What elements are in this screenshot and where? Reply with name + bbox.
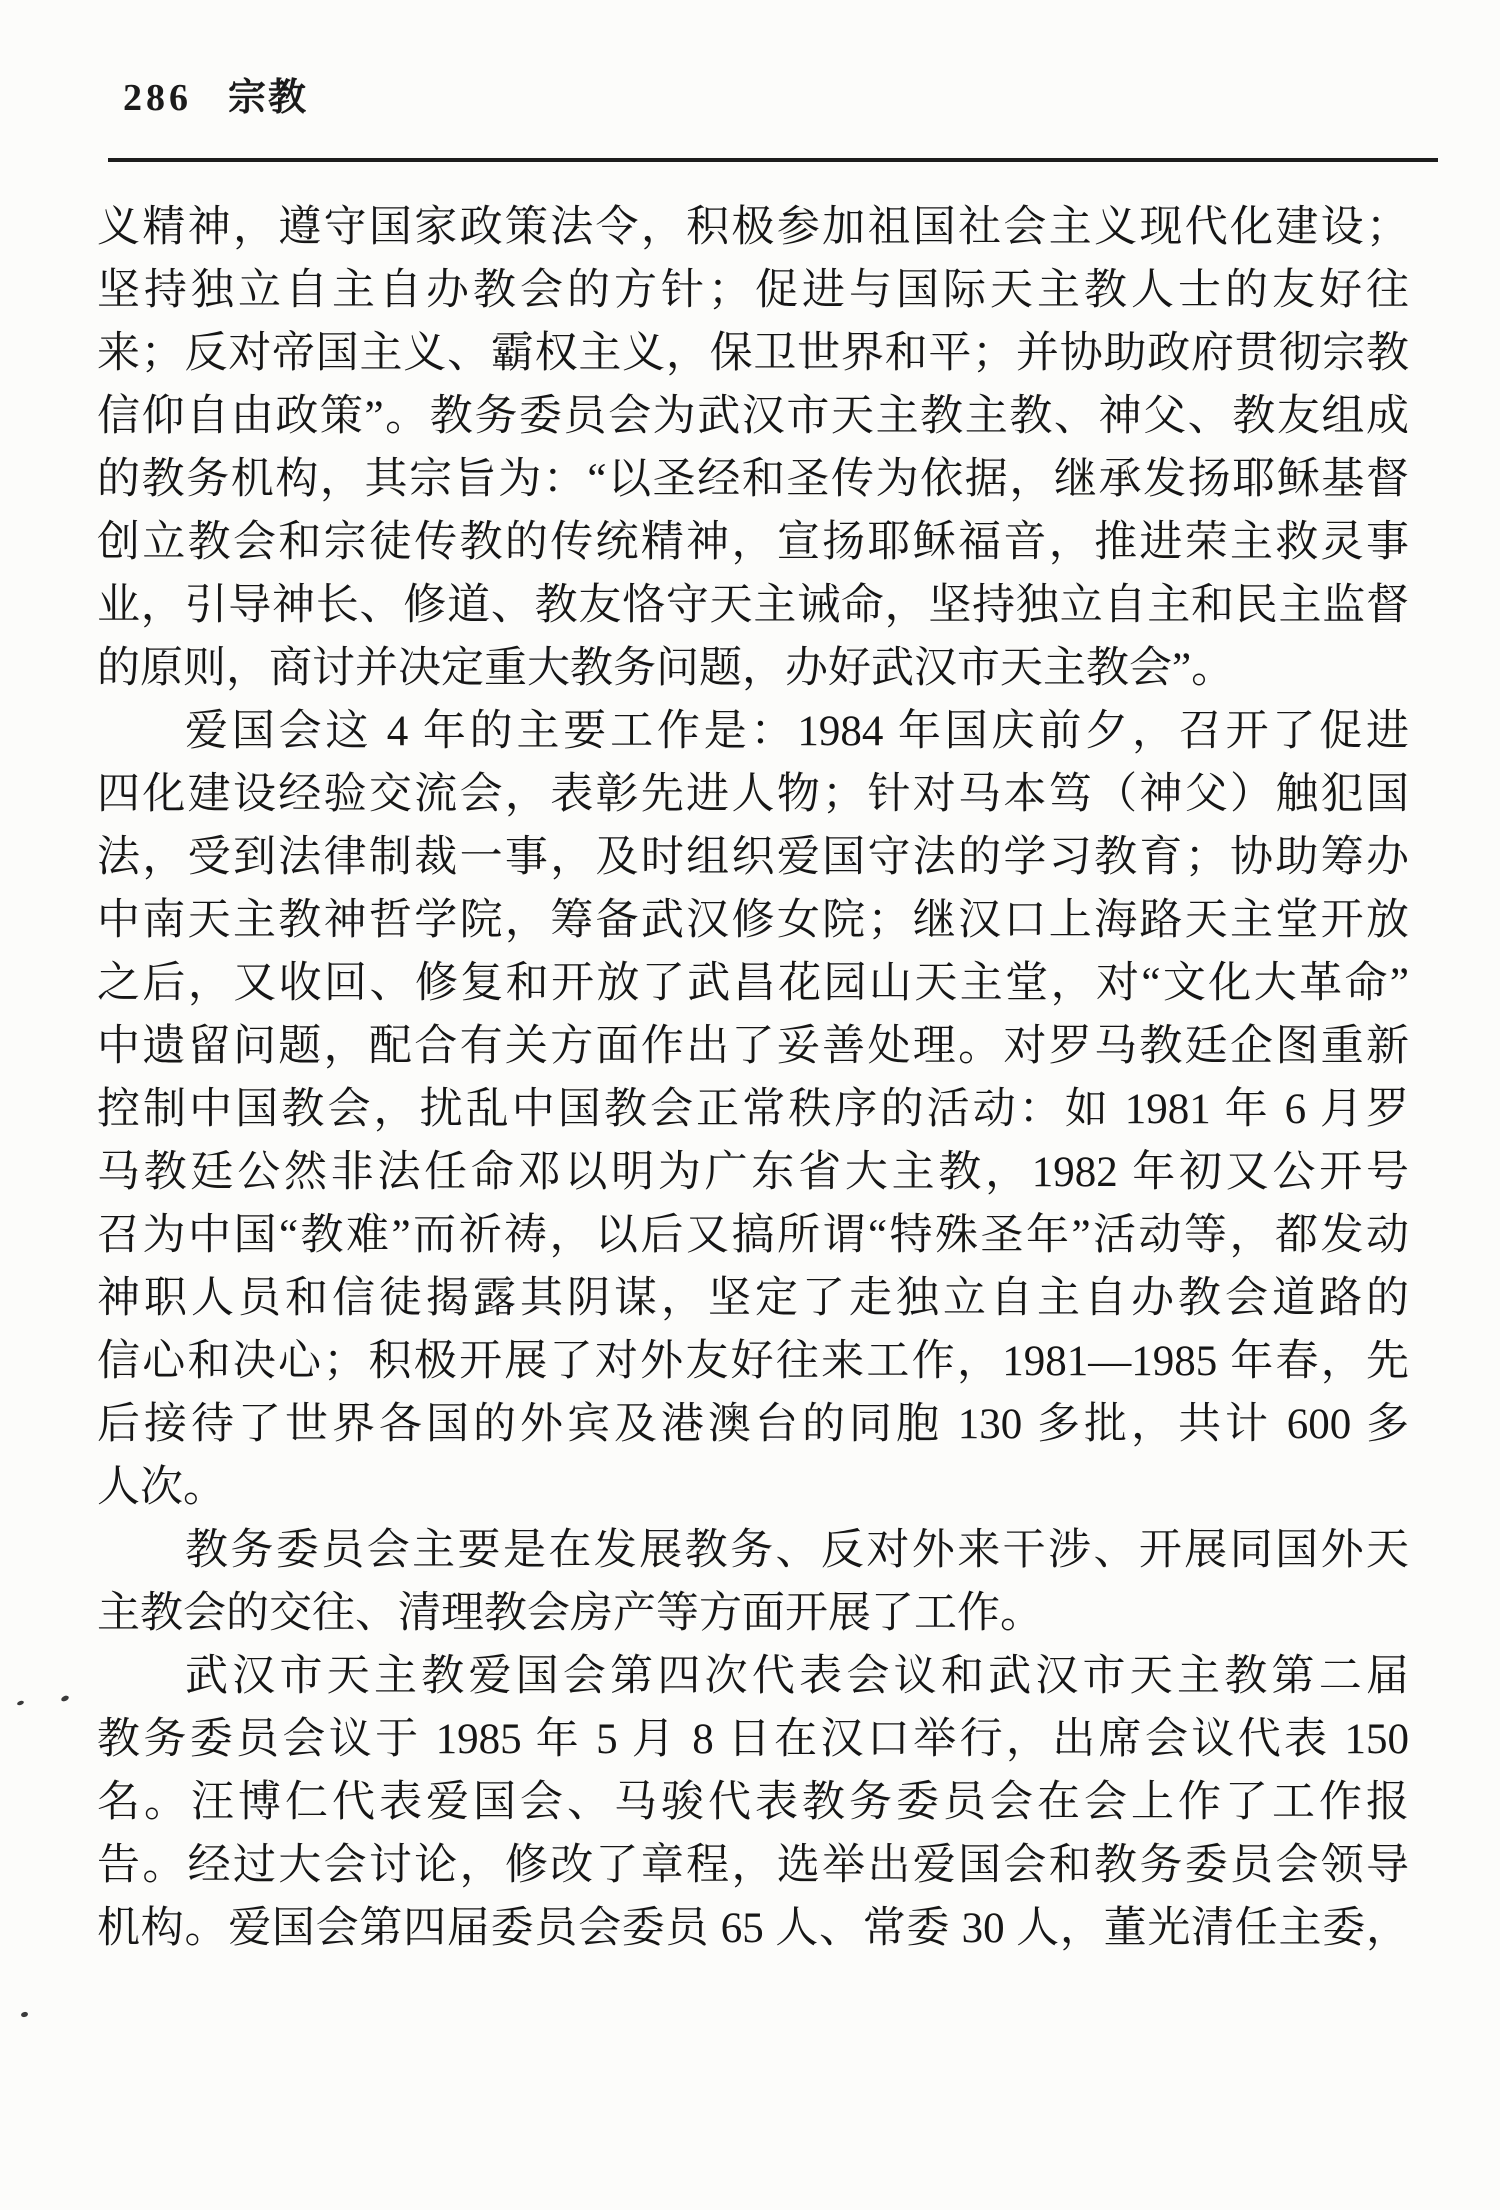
scan-speck bbox=[60, 1695, 69, 1703]
text-line: 的原则，商讨并决定重大教务问题，办好武汉市天主教会”。 bbox=[97, 637, 1409, 700]
text-line: 中南天主教神哲学院，筹备武汉修女院；继汉口上海路天主堂开放 bbox=[97, 889, 1409, 952]
text-line: 教务委员会主要是在发展教务、反对外来干涉、开展同国外天 bbox=[97, 1519, 1409, 1582]
header-rule bbox=[108, 158, 1438, 162]
scan-speck bbox=[20, 2011, 28, 2018]
text-line: 人次。 bbox=[97, 1456, 1409, 1519]
text-line: 控制中国教会，扰乱中国教会正常秩序的活动：如 1981 年 6 月罗 bbox=[97, 1078, 1409, 1141]
running-header: 286 宗教 bbox=[123, 66, 308, 121]
text-line: 坚持独立自主自办教会的方针；促进与国际天主教人士的友好往 bbox=[97, 259, 1409, 322]
text-line: 教务委员会议于 1985 年 5 月 8 日在汉口举行，出席会议代表 150 bbox=[97, 1708, 1409, 1771]
text-line: 创立教会和宗徒传教的传统精神，宣扬耶稣福音，推进荣主救灵事 bbox=[97, 511, 1409, 574]
text-line: 神职人员和信徒揭露其阴谋，坚定了走独立自主自办教会道路的 bbox=[97, 1267, 1409, 1330]
text-line: 告。经过大会讨论，修改了章程，选举出爱国会和教务委员会领导 bbox=[97, 1834, 1409, 1897]
text-body: 义精神，遵守国家政策法令，积极参加祖国社会主义现代化建设； 坚持独立自主自办教会… bbox=[97, 196, 1409, 1960]
section-title: 宗教 bbox=[228, 66, 308, 121]
text-line: 业，引导神长、修道、教友恪守天主诫命，坚持独立自主和民主监督 bbox=[97, 574, 1409, 637]
text-line: 信心和决心；积极开展了对外友好往来工作，1981—1985 年春，先 bbox=[97, 1330, 1409, 1393]
paragraph: 爱国会这 4 年的主要工作是：1984 年国庆前夕，召开了促进 四化建设经验交流… bbox=[97, 700, 1409, 1519]
paragraph: 教务委员会主要是在发展教务、反对外来干涉、开展同国外天 主教会的交往、清理教会房… bbox=[97, 1519, 1409, 1645]
scan-speck bbox=[17, 1700, 25, 1706]
text-line: 爱国会这 4 年的主要工作是：1984 年国庆前夕，召开了促进 bbox=[97, 700, 1409, 763]
text-line: 四化建设经验交流会，表彰先进人物；针对马本笃（神父）触犯国 bbox=[97, 763, 1409, 826]
text-line: 主教会的交往、清理教会房产等方面开展了工作。 bbox=[97, 1582, 1409, 1645]
scanned-book-page: 286 宗教 义精神，遵守国家政策法令，积极参加祖国社会主义现代化建设； 坚持独… bbox=[0, 0, 1500, 2210]
text-line: 机构。爱国会第四届委员会委员 65 人、常委 30 人，董光清任主委， bbox=[97, 1897, 1409, 1960]
text-line: 义精神，遵守国家政策法令，积极参加祖国社会主义现代化建设； bbox=[97, 196, 1409, 259]
text-line: 武汉市天主教爱国会第四次代表会议和武汉市天主教第二届 bbox=[97, 1645, 1409, 1708]
text-line: 后接待了世界各国的外宾及港澳台的同胞 130 多批，共计 600 多 bbox=[97, 1393, 1409, 1456]
paragraph: 义精神，遵守国家政策法令，积极参加祖国社会主义现代化建设； 坚持独立自主自办教会… bbox=[97, 196, 1409, 700]
text-line: 的教务机构，其宗旨为：“以圣经和圣传为依据，继承发扬耶稣基督 bbox=[97, 448, 1409, 511]
text-line: 来；反对帝国主义、霸权主义，保卫世界和平；并协助政府贯彻宗教 bbox=[97, 322, 1409, 385]
text-line: 召为中国“教难”而祈祷，以后又搞所谓“特殊圣年”活动等，都发动 bbox=[97, 1204, 1409, 1267]
text-line: 信仰自由政策”。教务委员会为武汉市天主教主教、神父、教友组成 bbox=[97, 385, 1409, 448]
text-line: 马教廷公然非法任命邓以明为广东省大主教，1982 年初又公开号 bbox=[97, 1141, 1409, 1204]
text-line: 法，受到法律制裁一事，及时组织爱国守法的学习教育；协助筹办 bbox=[97, 826, 1409, 889]
paragraph: 武汉市天主教爱国会第四次代表会议和武汉市天主教第二届 教务委员会议于 1985 … bbox=[97, 1645, 1409, 1960]
text-line: 中遗留问题，配合有关方面作出了妥善处理。对罗马教廷企图重新 bbox=[97, 1015, 1409, 1078]
text-line: 名。汪博仁代表爱国会、马骏代表教务委员会在会上作了工作报 bbox=[97, 1771, 1409, 1834]
text-line: 之后，又收回、修复和开放了武昌花园山天主堂，对“文化大革命” bbox=[97, 952, 1409, 1015]
page-number: 286 bbox=[123, 76, 192, 120]
